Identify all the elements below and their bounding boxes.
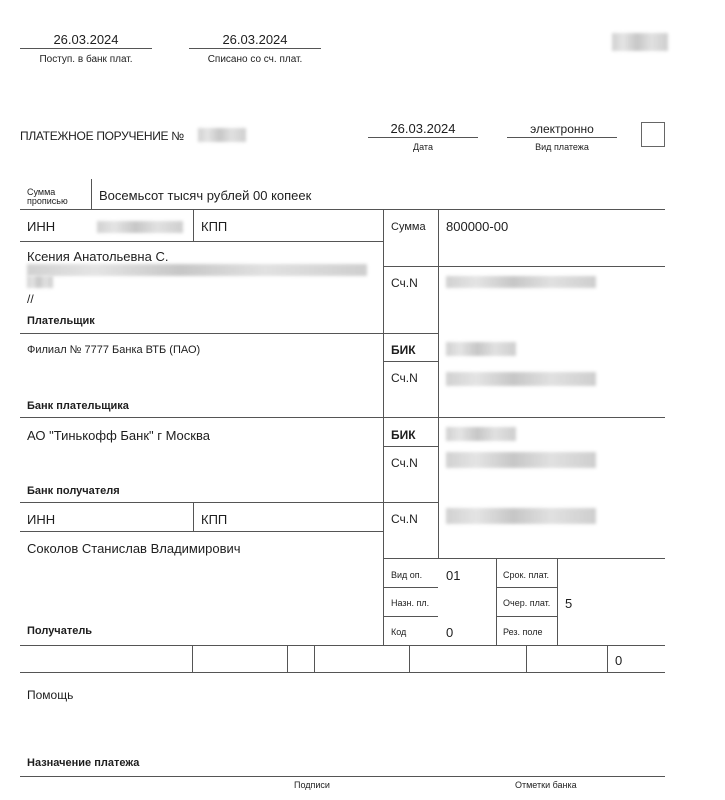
payment-type: электронно (507, 122, 617, 136)
divider (368, 137, 478, 138)
divider (20, 241, 383, 242)
payer-account-label: Сч.N (391, 276, 418, 290)
priority-value: 5 (565, 596, 572, 611)
payer-separator: // (27, 292, 34, 306)
term-label: Срок. плат. (503, 570, 549, 580)
payer-bank-account-redacted (446, 372, 596, 386)
tax-last-value: 0 (615, 653, 622, 668)
divider (192, 645, 193, 672)
purpose-section-label: Назначение платежа (27, 757, 139, 769)
divider (20, 776, 665, 777)
amount-label: Сумма (391, 221, 426, 233)
payee-account-label: Сч.N (391, 512, 418, 526)
payee-bank-section-label: Банк получателя (27, 485, 120, 497)
payee-kpp-label: КПП (201, 512, 227, 527)
payer-name: Ксения Анатольевна С. (27, 249, 168, 264)
divider (20, 417, 665, 418)
payer-address-redacted (27, 264, 367, 276)
divider (557, 558, 558, 645)
divider (496, 616, 557, 617)
amount-words-label: Сумма прописью (27, 188, 68, 206)
op-type-label: Вид оп. (391, 570, 422, 580)
divider (193, 209, 194, 241)
payee-account-redacted (446, 508, 596, 524)
divider (91, 179, 92, 209)
payer-inn-redacted (97, 221, 183, 233)
divider (507, 137, 617, 138)
order-number-redacted (198, 128, 246, 142)
payee-bank-name: АО "Тинькофф Банк" г Москва (27, 428, 210, 443)
bank-received-date: 26.03.2024 (20, 32, 152, 47)
divider (438, 209, 439, 558)
payer-bik-redacted (446, 342, 516, 356)
payer-section-label: Плательщик (27, 315, 95, 327)
payee-name: Соколов Станислав Владимирович (27, 541, 241, 556)
debited-date: 26.03.2024 (189, 32, 321, 47)
divider (496, 558, 497, 645)
divider (20, 209, 665, 210)
divider (607, 645, 608, 672)
payer-kpp-label: КПП (201, 219, 227, 234)
purpose-text: Помощь (27, 688, 73, 702)
payer-bank-account-label: Сч.N (391, 371, 418, 385)
signatures-label: Подписи (294, 780, 330, 790)
divider (409, 645, 410, 672)
payment-type-label: Вид платежа (507, 142, 617, 152)
payer-bank-name: Филиал № 7777 Банка ВТБ (ПАО) (27, 344, 200, 356)
divider (20, 531, 383, 532)
divider (383, 209, 384, 645)
divider (314, 645, 315, 672)
payee-bank-account-redacted (446, 452, 596, 468)
code-label: Код (391, 627, 406, 637)
divider (383, 266, 665, 267)
debited-label: Списано со сч. плат. (189, 54, 321, 65)
payer-inn-label: ИНН (27, 219, 55, 234)
bank-marks-label: Отметки банка (515, 780, 577, 790)
amount-words-label-2: прописью (27, 197, 68, 206)
divider (496, 587, 557, 588)
divider (20, 645, 665, 646)
payee-section-label: Получатель (27, 625, 92, 637)
divider (383, 361, 438, 362)
divider (20, 333, 438, 334)
code-value: 0 (446, 625, 453, 640)
payee-bik-label: БИК (391, 428, 416, 442)
order-date: 26.03.2024 (368, 121, 478, 136)
priority-label: Очер. плат. (503, 598, 550, 608)
order-date-label: Дата (368, 142, 478, 152)
divider (383, 587, 438, 588)
divider (20, 502, 438, 503)
divider (383, 558, 665, 559)
payer-bank-section-label: Банк плательщика (27, 400, 129, 412)
divider (20, 48, 152, 49)
page-title: ПЛАТЕЖНОЕ ПОРУЧЕНИЕ № (20, 129, 184, 143)
payer-account-redacted (446, 276, 596, 288)
payee-bik-redacted (446, 427, 516, 441)
purpose-code-label: Назн. пл. (391, 598, 429, 608)
divider (526, 645, 527, 672)
divider (383, 446, 438, 447)
bank-received-label: Поступ. в банк плат. (20, 54, 152, 65)
form-code-redacted (612, 33, 668, 51)
payee-inn-label: ИНН (27, 512, 55, 527)
form-checkbox[interactable] (641, 122, 665, 147)
divider (20, 672, 665, 673)
title-heading: ПЛАТЕЖНОЕ ПОРУЧЕНИЕ № (20, 129, 184, 143)
payer-bik-label: БИК (391, 343, 416, 357)
divider (193, 502, 194, 532)
reserve-label: Рез. поле (503, 627, 542, 637)
amount-words-value: Восемьсот тысяч рублей 00 копеек (99, 188, 311, 203)
divider (383, 616, 438, 617)
divider (287, 645, 288, 672)
amount-value: 800000-00 (446, 219, 508, 234)
payer-address-redacted-2 (27, 276, 53, 288)
payee-bank-account-label: Сч.N (391, 456, 418, 470)
divider (189, 48, 321, 49)
op-type-value: 01 (446, 568, 460, 583)
